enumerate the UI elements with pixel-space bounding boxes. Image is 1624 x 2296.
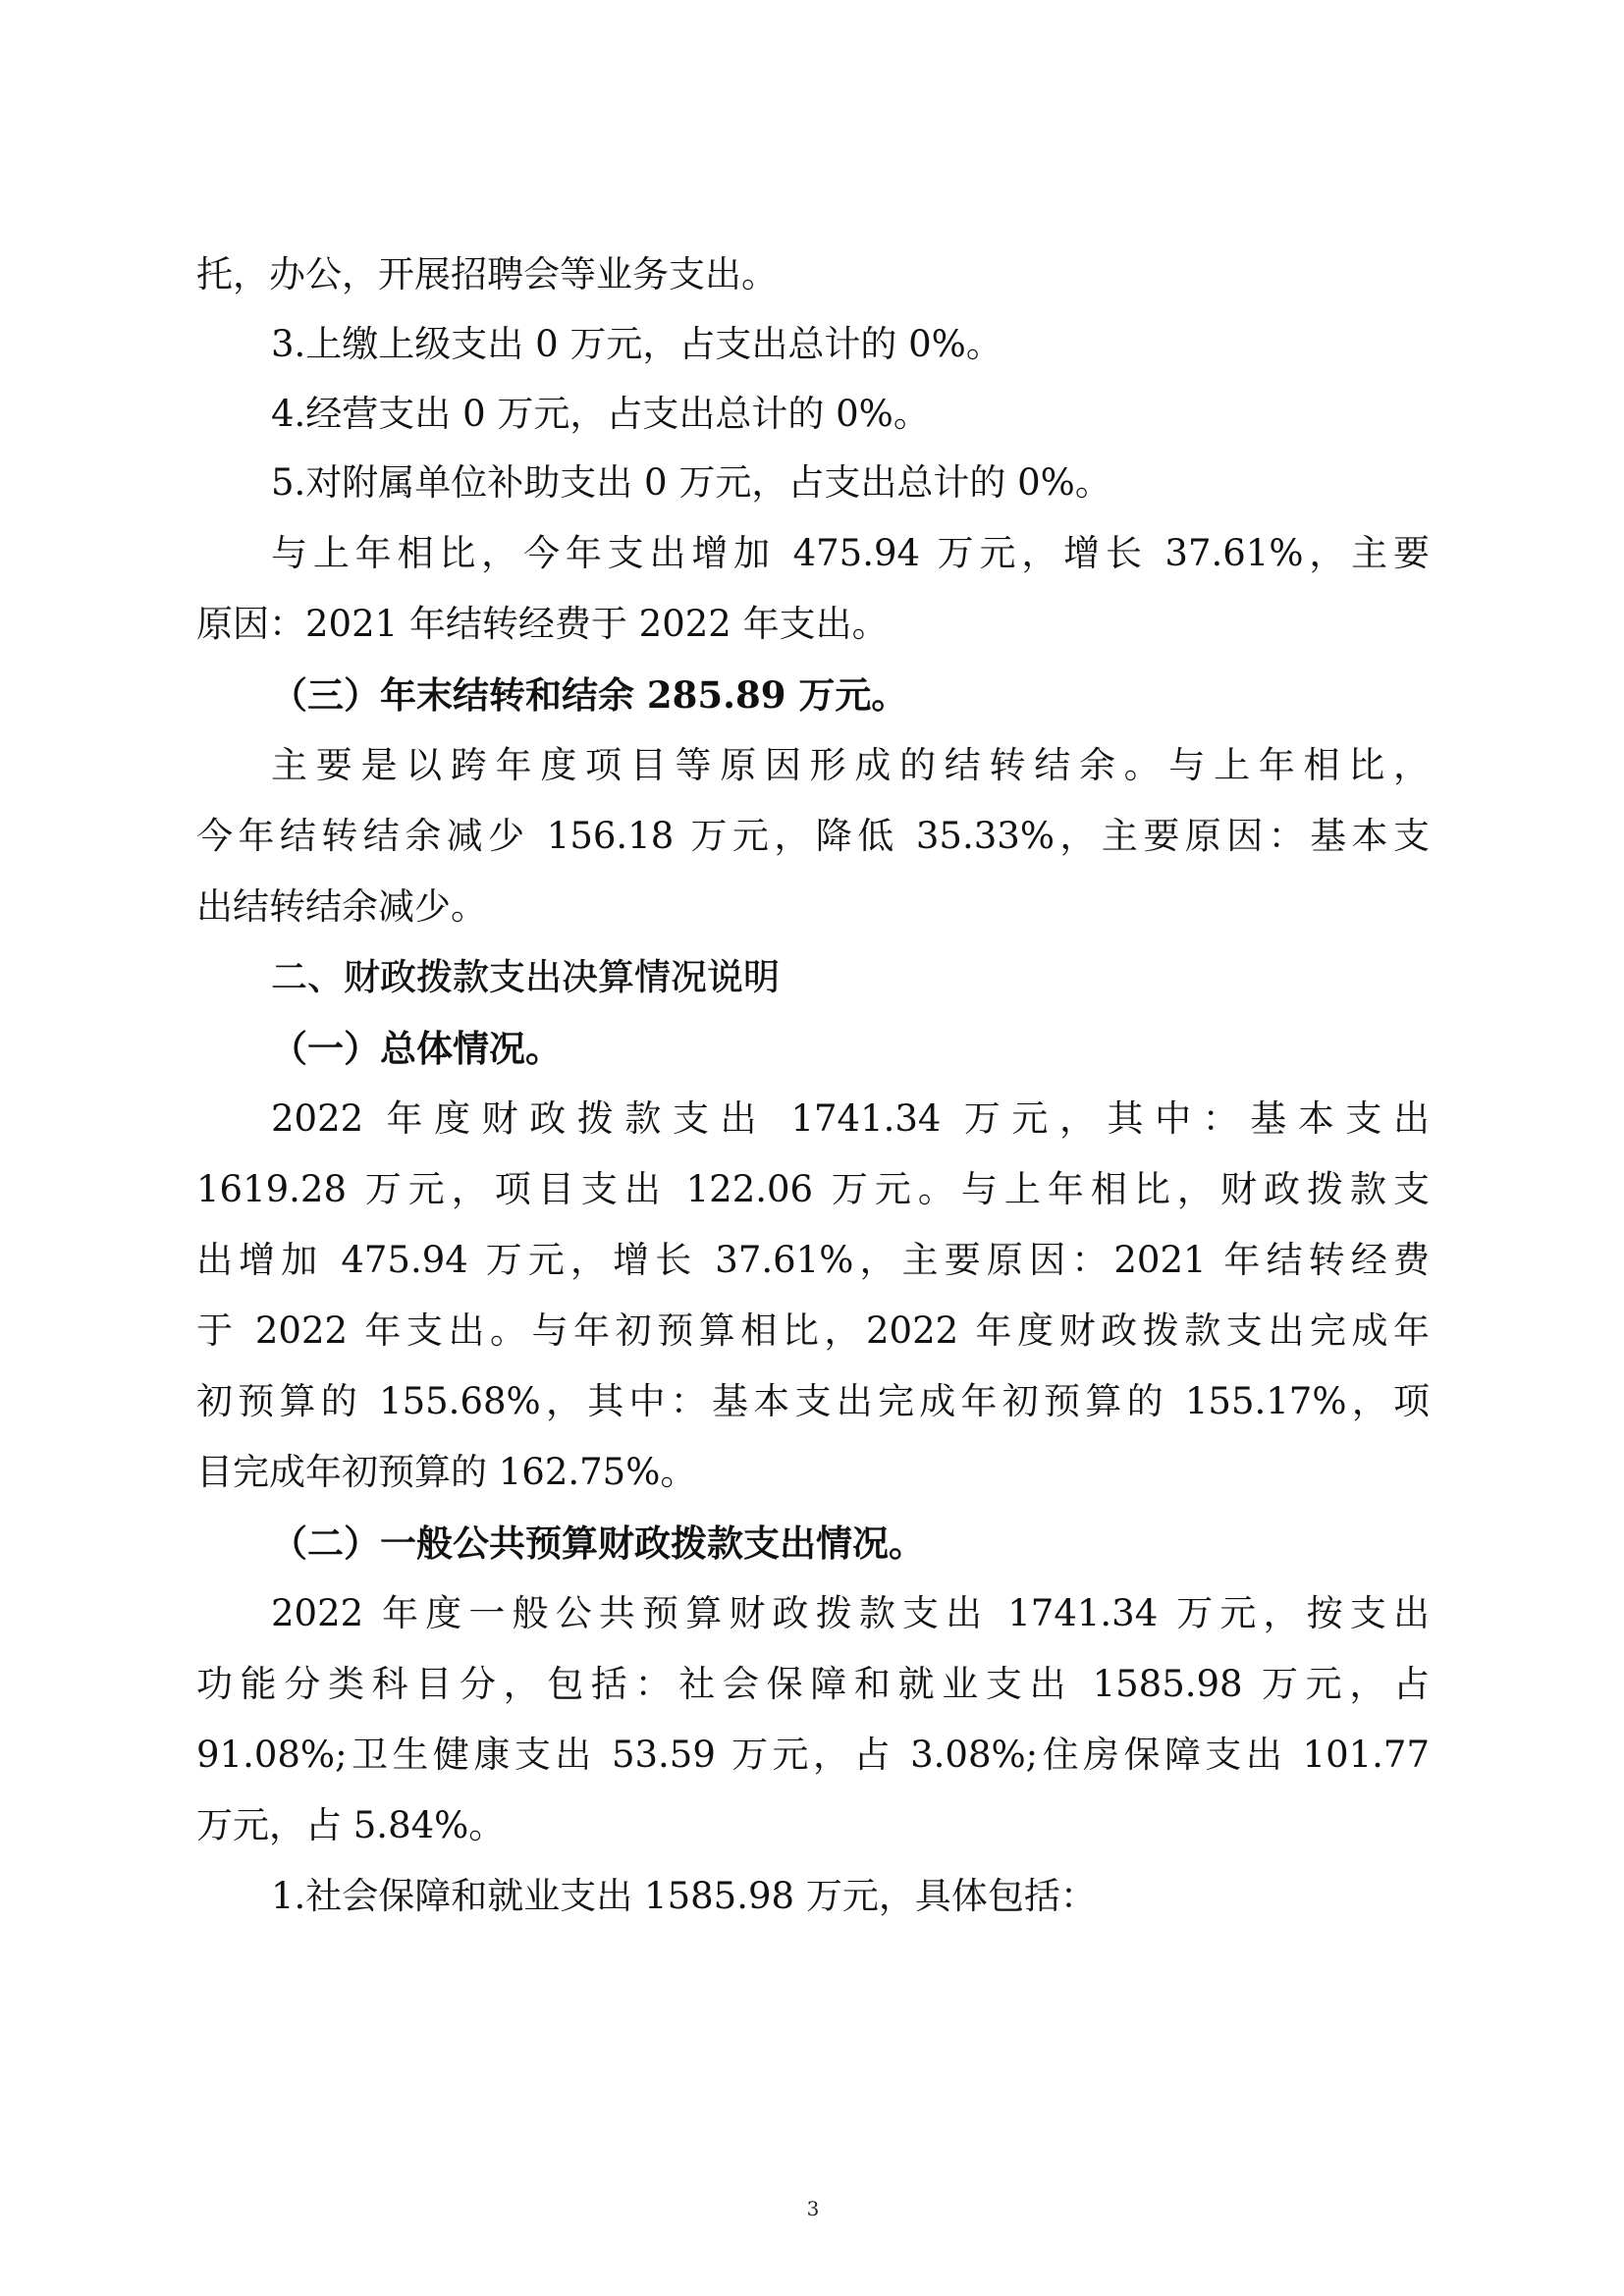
text-line-1: 托，办公，开展招聘会等业务支出。 <box>196 253 1430 296</box>
page-number: 3 <box>803 2197 823 2220</box>
text-line-16: 于 2022 年支出。与年初预算相比，2022 年度财政拨款支出完成年 <box>196 1309 1430 1353</box>
text-line-22: 91.08%;卫生健康支出 53.59 万元，占 3.08%;住房保障支出 10… <box>196 1734 1430 1777</box>
text-line-4: 5.对附属单位补助支出 0 万元，占支出总计的 0%。 <box>196 461 1430 505</box>
text-line-8: 主要是以跨年度项目等原因形成的结转结余。与上年相比， <box>196 744 1430 787</box>
text-line-14: 1619.28 万元，项目支出 122.06 万元。与上年相比，财政拨款支 <box>196 1168 1430 1211</box>
section-heading-general-public-budget: （二）一般公共预算财政拨款支出情况。 <box>196 1522 1430 1565</box>
text-line-17: 初预算的 155.68%，其中：基本支出完成年初预算的 155.17%，项 <box>196 1380 1430 1423</box>
text-line-20: 2022 年度一般公共预算财政拨款支出 1741.34 万元，按支出 <box>196 1592 1430 1635</box>
text-line-9: 今年结转结余减少 156.18 万元，降低 35.33%，主要原因：基本支 <box>196 815 1430 858</box>
section-heading-carryover: （三）年末结转和结余 285.89 万元。 <box>196 673 1430 717</box>
text-line-23: 万元，占 5.84%。 <box>196 1804 1430 1847</box>
section-heading-overall: （一）总体情况。 <box>196 1027 1430 1070</box>
chapter-heading-fiscal-appropriation: 二、财政拨款支出决算情况说明 <box>196 956 1430 999</box>
text-line-10: 出结转结余减少。 <box>196 885 1430 929</box>
text-line-15: 出增加 475.94 万元，增长 37.61%，主要原因：2021 年结转经费 <box>196 1239 1430 1282</box>
text-line-13: 2022 年度财政拨款支出 1741.34 万元，其中：基本支出 <box>196 1097 1430 1141</box>
text-line-24: 1.社会保障和就业支出 1585.98 万元，具体包括： <box>196 1875 1430 1918</box>
text-line-3: 4.经营支出 0 万元，占支出总计的 0%。 <box>196 393 1430 436</box>
text-line-6: 原因：2021 年结转经费于 2022 年支出。 <box>196 603 1430 646</box>
text-line-18: 目完成年初预算的 162.75%。 <box>196 1451 1430 1494</box>
text-line-21: 功能分类科目分，包括：社会保障和就业支出 1585.98 万元，占 <box>196 1663 1430 1706</box>
text-line-2: 3.上缴上级支出 0 万元，占支出总计的 0%。 <box>196 323 1430 366</box>
text-line-5: 与上年相比，今年支出增加 475.94 万元，增长 37.61%，主要 <box>196 532 1430 575</box>
